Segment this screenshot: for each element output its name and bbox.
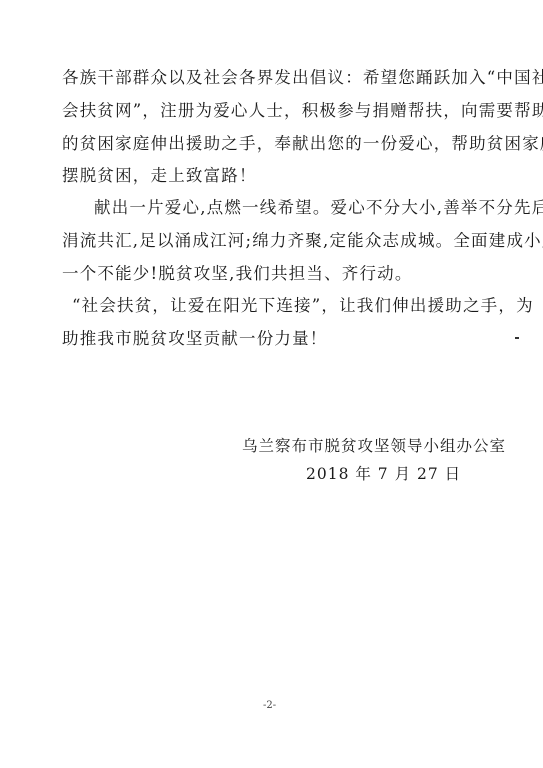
- text-line: “社会扶贫，让爱在阳光下连接”，让我们伸出援助之手，为: [72, 292, 534, 316]
- text-line: 的贫困家庭伸出援助之手，奉献出您的一份爱心，帮助贫困家庭: [62, 130, 543, 154]
- text-line: 会扶贫网”，注册为爱心人士，积极参与捐赠帮扶，向需要帮助: [62, 97, 543, 121]
- text-line: 涓流共汇,足以涌成江河;绵力齐聚,定能众志成城。全面建成小康: [62, 227, 543, 251]
- text-line: 摆脱贫困，走上致富路！: [62, 162, 257, 186]
- text-line: 各族干部群众以及社会各界发出倡议：希望您踊跃加入“中国社: [62, 64, 543, 88]
- text-line: 一个不能少!脱贫攻坚,我们共担当、齐行动。: [62, 260, 413, 284]
- signature-organization: 乌兰察布市脱贫攻坚领导小组办公室: [242, 434, 506, 456]
- signature-date: 2018 年 7 月 27 日: [306, 462, 461, 484]
- text-line: 献出一片爱心,点燃一线希望。爱心不分大小,善举不分先后。: [94, 194, 543, 218]
- page-number: -2-: [263, 700, 276, 711]
- scan-speck: [515, 337, 519, 339]
- text-line: 助推我市脱贫攻坚贡献一份力量！: [62, 325, 328, 349]
